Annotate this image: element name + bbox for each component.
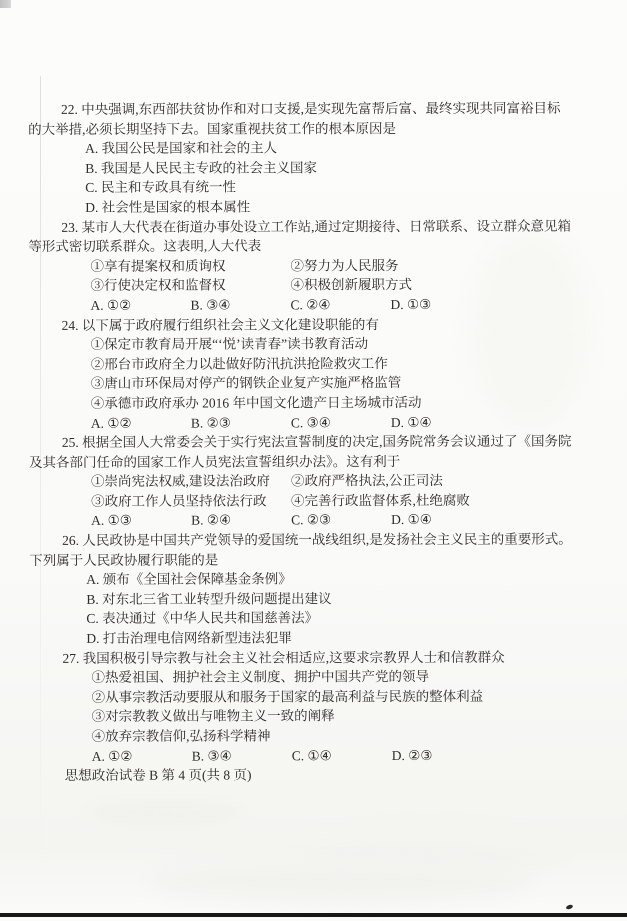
scan-corner-artifact [0,0,11,8]
scan-texture-blob [150,860,530,902]
question-stem-line: 下列属于人民政协履行职能的是 [29,549,594,570]
sub-option-4: ④积极创新履职方式 [290,275,412,295]
sub-option-row: ①享有提案权和质询权 ②努力为人民服务 [28,255,593,276]
choice-c: C. ②④ [291,295,391,315]
sub-option-row: ③政府工作人员坚持依法行政 ④完善行政监督体系,杜绝腐败 [29,490,594,511]
sub-option-1: ①热爱祖国、拥护社会主义制度、拥护中国共产党的领导 [29,667,594,688]
question-stem-line: 27. 我国积极引导宗教与社会主义社会相适应,这要求宗教界人士和信教群众 [29,647,594,668]
question-25: 25. 根据全国人大常委会关于实行宪法宣誓制度的决定,国务院常务会议通过了《国务… [29,432,594,531]
choice-row: A. ①③ B. ②④ C. ②③ D. ①④ [29,510,594,531]
sub-option-3: ③对宗教教义做出与唯物主义一致的阐释 [30,706,595,727]
choice-d: D. ①④ [391,412,432,432]
sub-option-1: ①崇尚宪法权威,建设法治政府 [91,472,291,492]
question-24: 24. 以下属于政府履行组织社会主义文化建设职能的有 ①保定市教育局开展“‘悦’… [29,314,594,433]
sub-option-2: ②邢台市政府全力以赴做好防汛抗洪抢险救灾工作 [29,353,594,374]
choice-d: D. ①③ [391,295,432,315]
choice-row: A. ①② B. ②③ C. ③④ D. ①④ [29,412,594,433]
scanned-exam-page: 22. 中央强调,东西部扶贫协作和对口支援,是实现先富帮后富、最终实现共同富裕目… [0,0,627,921]
exam-content: 22. 中央强调,东西部扶贫协作和对口支援,是实现先富帮后富、最终实现共同富裕目… [28,99,595,786]
option-line-c: C. 民主和专政具有统一性 [28,177,593,198]
choice-b: B. ②③ [191,413,291,433]
question-23: 23. 某市人大代表在街道办事处设立工作站,通过定期接待、日常联系、设立群众意见… [28,216,593,315]
choice-c: C. ③④ [291,413,391,433]
sub-option-2: ②政府严格执法,公正司法 [291,471,443,491]
sub-option-4: ④承德市政府承办 2016 年中国文化遗产日主场城市活动 [29,392,594,413]
sub-option-2: ②努力为人民服务 [290,256,398,276]
choice-a: A. ①③ [91,511,191,531]
choice-a: A. ①② [91,413,191,433]
question-stem-line: 26. 人民政协是中国共产党领导的爱国统一战线组织,是发扬社会主义民主的重要形式… [29,530,594,551]
choice-a: A. ①② [92,746,192,766]
question-stem-line: 等形式密切联系群众。这表明,人大代表 [28,236,593,257]
sub-option-3: ③政府工作人员坚持依法行政 [91,491,291,511]
question-stem-line: 的大举措,必须长期坚持下去。国家重视扶贫工作的根本原因是 [28,118,593,139]
choice-c: C. ①④ [292,746,392,766]
scan-texture-blob [90,800,240,826]
question-stem-line: 22. 中央强调,东西部扶贫协作和对口支援,是实现先富帮后富、最终实现共同富裕目… [28,99,593,120]
question-22: 22. 中央强调,东西部扶贫协作和对口支援,是实现先富帮后富、最终实现共同富裕目… [28,99,593,218]
sub-option-1: ①享有提案权和质询权 [90,256,290,276]
question-27: 27. 我国积极引导宗教与社会主义社会相适应,这要求宗教界人士和信教群众 ①热爱… [29,647,594,766]
sub-option-3: ③行使决定权和监督权 [90,276,290,296]
question-stem-line: 及其各部门任命的国家工作人员宪法宣誓组织办法》。这有利于 [29,451,594,472]
choice-d: D. ②③ [392,746,433,766]
sub-option-row: ③行使决定权和监督权 ④积极创新履职方式 [28,275,593,296]
choice-row: A. ①② B. ③④ C. ①④ D. ②③ [30,745,595,766]
sub-option-3: ③唐山市环保局对停产的钢铁企业复产实施严格监管 [29,373,594,394]
sub-option-4: ④放弃宗教信仰,弘扬科学精神 [30,726,595,747]
sub-option-2: ②从事宗教活动要服从和服务于国家的最高利益与民族的整体利益 [30,686,595,707]
choice-b: B. ②④ [191,511,291,531]
choice-d: D. ①④ [391,510,432,530]
sub-option-1: ①保定市教育局开展“‘悦’读青春”读书教育活动 [29,334,594,355]
choice-b: B. ③④ [192,746,292,766]
sub-option-row: ①崇尚宪法权威,建设法治政府 ②政府严格执法,公正司法 [29,471,594,492]
scan-speck-artifact [566,904,574,910]
page-footer: 思想政治试卷 B 第 4 页(共 8 页) [30,765,595,786]
option-line-d: D. 社会性是国家的根本属性 [28,196,593,217]
question-stem-line: 24. 以下属于政府履行组织社会主义文化建设职能的有 [29,314,594,335]
option-line-b: B. 对东北三省工业转型升级问题提出建议 [29,588,594,609]
scan-bottom-bar [0,913,627,917]
choice-a: A. ①② [91,296,191,316]
option-line-a: A. 颁布《全国社会保障基金条例》 [29,569,594,590]
choice-row: A. ①② B. ③④ C. ②④ D. ①③ [29,294,594,315]
choice-c: C. ②③ [291,511,391,531]
choice-b: B. ③④ [191,295,291,315]
option-line-a: A. 我国公民是国家和社会的主人 [28,138,593,159]
sub-option-4: ④完善行政监督体系,杜绝腐败 [291,491,470,511]
question-26: 26. 人民政协是中国共产党领导的爱国统一战线组织,是发扬社会主义民主的重要形式… [29,530,594,649]
option-line-b: B. 我国是人民民主专政的社会主义国家 [28,157,593,178]
question-stem-line: 25. 根据全国人大常委会关于实行宪法宣誓制度的决定,国务院常务会议通过了《国务… [29,432,594,453]
option-line-d: D. 打击治理电信网络新型违法犯罪 [29,628,594,649]
question-stem-line: 23. 某市人大代表在街道办事处设立工作站,通过定期接待、日常联系、设立群众意见… [28,216,593,237]
option-line-c: C. 表决通过《中华人民共和国慈善法》 [29,608,594,629]
